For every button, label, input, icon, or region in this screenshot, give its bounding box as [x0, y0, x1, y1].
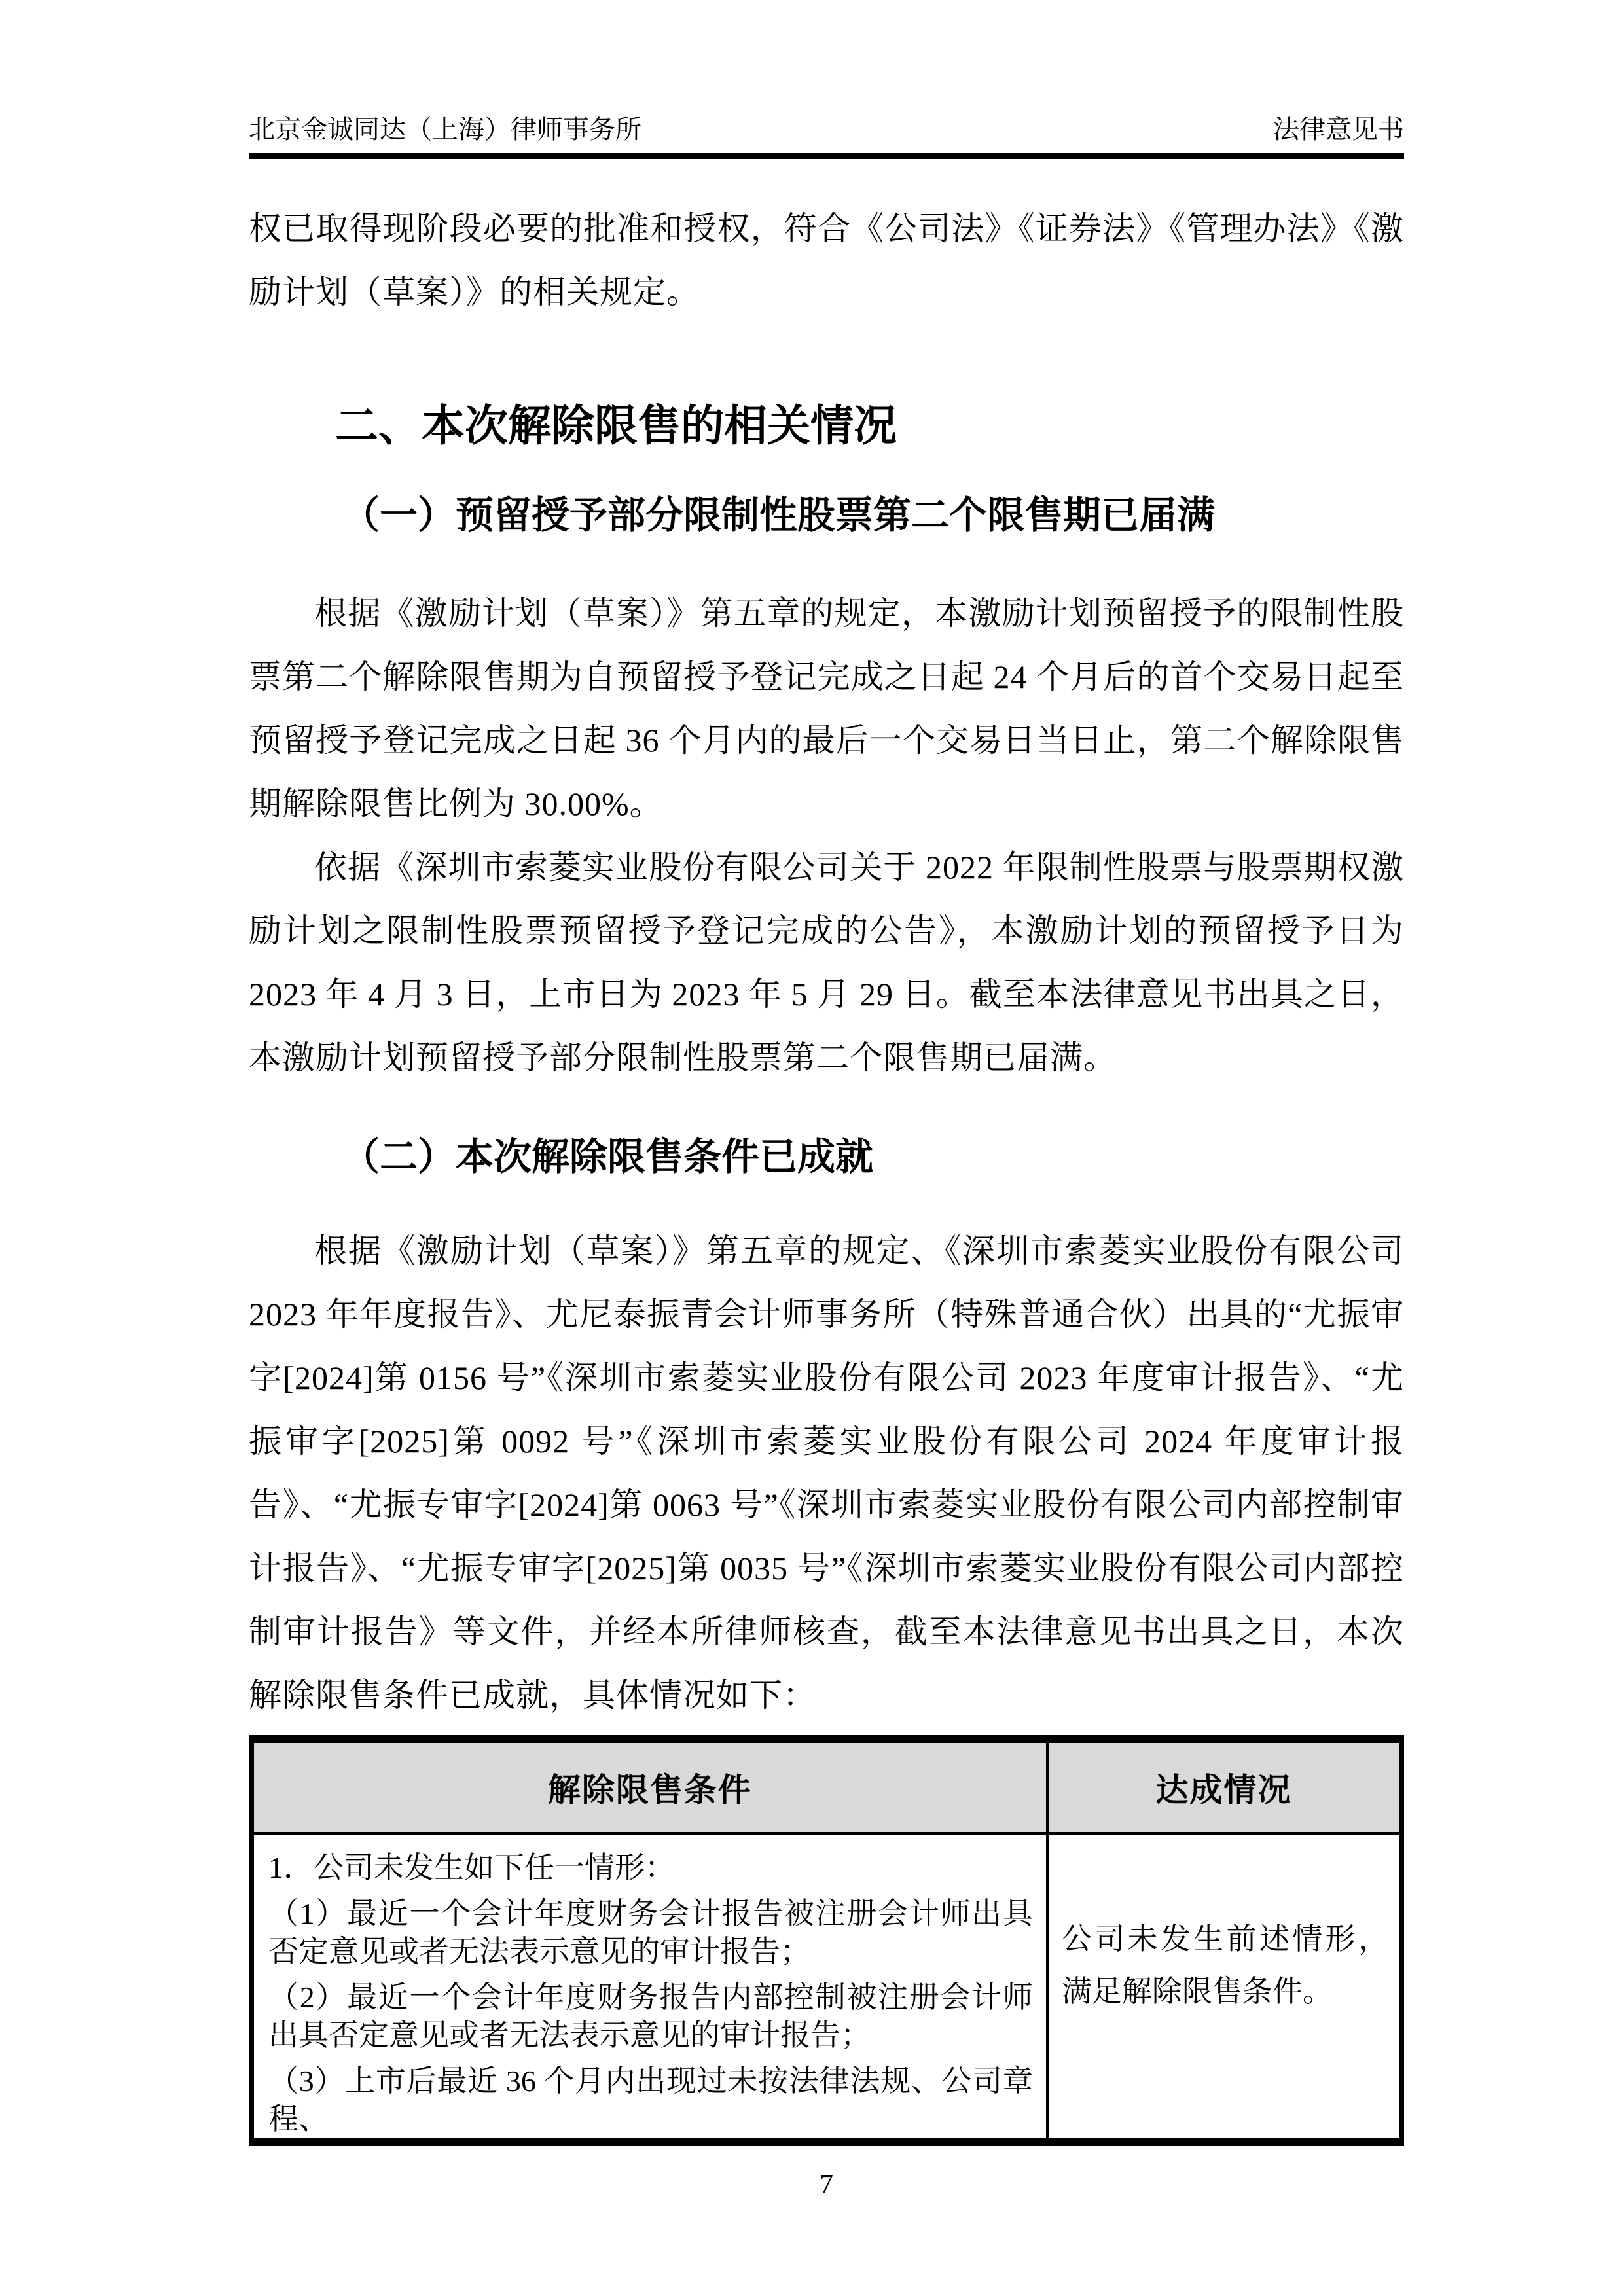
condition-line: （1）最近一个会计年度财务会计报告被注册会计师出具否定意见或者无法表示意见的审计… [268, 1895, 1033, 1971]
conditions-table: 解除限售条件 达成情况 1．公司未发生如下任一情形： （1）最近一个会计年度财务… [249, 1735, 1404, 2146]
continuation-paragraph: 权已取得现阶段必要的批准和授权，符合《公司法》《证券法》《管理办法》《激励计划（… [249, 197, 1404, 324]
status-cell: 公司未发生前述情形，满足解除限售条件。 [1047, 1833, 1401, 2142]
header-rule [249, 153, 1404, 159]
condition-cell: 1．公司未发生如下任一情形： （1）最近一个会计年度财务会计报告被注册会计师出具… [251, 1833, 1047, 2142]
table-header-row: 解除限售条件 达成情况 [251, 1739, 1401, 1833]
page-header: 北京金诚同达（上海）律师事务所 法律意见书 [249, 115, 1404, 144]
header-firm-name: 北京金诚同达（上海）律师事务所 [249, 115, 641, 144]
condition-line: （3）上市后最近 36 个月内出现过未按法律法规、公司章程、 [268, 2062, 1033, 2138]
subsection-heading-1: （一）预留授予部分限制性股票第二个限售期已届满 [249, 497, 1404, 535]
column-header-status: 达成情况 [1047, 1739, 1401, 1833]
section-heading-2: 二、本次解除限售的相关情况 [249, 404, 1404, 447]
document-page: 北京金诚同达（上海）律师事务所 法律意见书 权已取得现阶段必要的批准和授权，符合… [0, 0, 1624, 2296]
condition-line: （2）最近一个会计年度财务报告内部控制被注册会计师出具否定意见或者无法表示意见的… [268, 1979, 1033, 2054]
table-row: 1．公司未发生如下任一情形： （1）最近一个会计年度财务会计报告被注册会计师出具… [251, 1833, 1401, 2142]
body-paragraph: 依据《深圳市索菱实业股份有限公司关于 2022 年限制性股票与股票期权激励计划之… [249, 836, 1404, 1090]
page-content: 北京金诚同达（上海）律师事务所 法律意见书 权已取得现阶段必要的批准和授权，符合… [249, 0, 1404, 2198]
body-paragraph: 根据《激励计划（草案）》第五章的规定、《深圳市索菱实业股份有限公司 2023 年… [249, 1219, 1404, 1727]
column-header-condition: 解除限售条件 [251, 1739, 1047, 1833]
condition-line: 1．公司未发生如下任一情形： [268, 1849, 1033, 1887]
subsection-heading-2: （二）本次解除限售条件已成就 [249, 1138, 1404, 1176]
page-number: 7 [249, 2171, 1404, 2198]
header-doc-type: 法律意见书 [1273, 115, 1404, 144]
body-paragraph: 根据《激励计划（草案）》第五章的规定，本激励计划预留授予的限制性股票第二个解除限… [249, 582, 1404, 836]
